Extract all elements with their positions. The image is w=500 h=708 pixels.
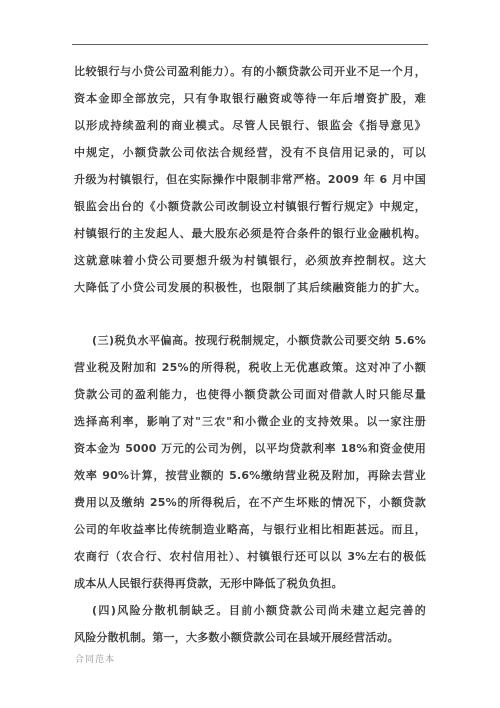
text-line: 这就意味着小贷公司要想升级为村镇银行，必须放弃控制权。这大 <box>74 247 426 274</box>
text-line: 选择高利率，影响了对"三农"和小微企业的支持效果。以一家注册 <box>74 408 426 435</box>
text-line: 大降低了小贷公司发展的积极性，也限制了其后续融资能力的扩大。 <box>74 274 426 301</box>
document-body: 比较银行与小贷公司盈利能力）。有的小额贷款公司开业不足一个月，资本金即全部放完，… <box>74 58 426 651</box>
text-line: 公司的年收益率比传统制造业略高，与银行业相比相距甚远。而且， <box>74 516 426 543</box>
text-line: (三)税负水平偏高。按现行税制规定，小额贷款公司要交纳 5.6%的 <box>74 327 426 354</box>
text-line: 升级为村镇银行，但在实际操作中限制非常严格。2009 年 6 月中国 <box>74 166 426 193</box>
text-line: 成本从人民银行获得再贷款，无形中降低了税负负担。 <box>74 570 426 597</box>
paragraph: (三)税负水平偏高。按现行税制规定，小额贷款公司要交纳 5.6%的营业税及附加和… <box>74 327 426 597</box>
text-line: 以形成持续盈利的商业模式。尽管人民银行、银监会《指导意见》 <box>74 112 426 139</box>
paragraph: (四)风险分散机制缺乏。目前小额贷款公司尚未建立起完善的风险分散机制。第一，大多… <box>74 597 426 651</box>
text-line: (四)风险分散机制缺乏。目前小额贷款公司尚未建立起完善的 <box>74 597 426 624</box>
text-line: 中规定，小额贷款公司依法合规经营，没有不良信用记录的，可以 <box>74 139 426 166</box>
footer-label: 合同范本 <box>75 652 115 665</box>
text-line: 比较银行与小贷公司盈利能力）。有的小额贷款公司开业不足一个月， <box>74 58 426 85</box>
text-line: 银监会出台的《小额贷款公司改制设立村镇银行暂行规定》中规定， <box>74 193 426 220</box>
text-line: 费用以及缴纳 25%的所得税后，在不产生坏账的情况下，小额贷款 <box>74 489 426 516</box>
text-line: 资本金为 5000 万元的公司为例，以平均贷款利率 18%和资金使用 <box>74 435 426 462</box>
text-line: 村镇银行的主发起人、最大股东必须是符合条件的银行业金融机构。 <box>74 220 426 247</box>
text-line: 资本金即全部放完，只有争取银行融资或等待一年后增资扩股，难 <box>74 85 426 112</box>
text-line: 营业税及附加和 25%的所得税，税收上无优惠政策。这对冲了小额 <box>74 354 426 381</box>
text-line: 风险分散机制。第一，大多数小额贷款公司在县域开展经营活动。 <box>74 624 426 651</box>
document-page: 比较银行与小贷公司盈利能力）。有的小额贷款公司开业不足一个月，资本金即全部放完，… <box>0 0 500 708</box>
paragraph: 比较银行与小贷公司盈利能力）。有的小额贷款公司开业不足一个月，资本金即全部放完，… <box>74 58 426 301</box>
text-line: 贷款公司的盈利能力，也使得小额贷款公司面对借款人时只能尽量 <box>74 381 426 408</box>
text-line: 效率 90%计算，按营业额的 5.6%缴纳营业税及附加，再除去营业 <box>74 462 426 489</box>
text-line: 农商行（农合行、农村信用社）、村镇银行还可以以 3%左右的极低 <box>74 543 426 570</box>
header-rule <box>72 44 428 45</box>
